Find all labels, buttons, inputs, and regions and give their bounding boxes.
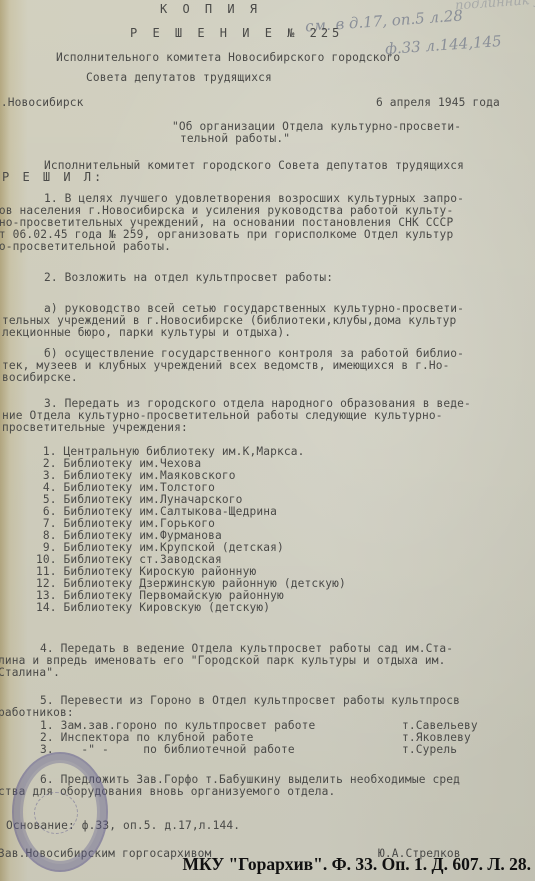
subject-line-2: тельной работы.": [180, 133, 290, 145]
handwritten-note-3: ф.33 л.144,145: [385, 32, 503, 58]
paragraph-2: 2. Возложить на отдел культпросвет работ…: [44, 272, 333, 284]
issuer-line-2: Совета депутатов трудящихся: [86, 72, 272, 84]
copy-mark: К О П И Я: [160, 3, 261, 15]
issuer-line-1: Исполнительного комитета Новосибирского …: [56, 52, 400, 64]
list-item: 14. Библиотеку Кировскую (детскую): [36, 602, 270, 614]
archival-document-page: подлинник уничт. см. в д.17, оп.5 л.28 ф…: [0, 0, 535, 881]
city: г.Новосибирск: [0, 97, 84, 109]
decision-number: Р Е Ш Е Н И Е № 225: [130, 27, 343, 39]
resolved-heading: Р Е Ш И Л:: [2, 171, 104, 183]
preamble: Исполнительный комитет городского Совета…: [44, 160, 464, 172]
date: 6 апреля 1945 года: [376, 97, 500, 109]
archive-caption: МКУ "Горархив". Ф. 33. Оп. 1. Д. 607. Л.…: [182, 854, 531, 875]
stamp-emblem-icon: [34, 792, 78, 834]
handwritten-note-1: подлинник уничт.: [455, 0, 535, 13]
